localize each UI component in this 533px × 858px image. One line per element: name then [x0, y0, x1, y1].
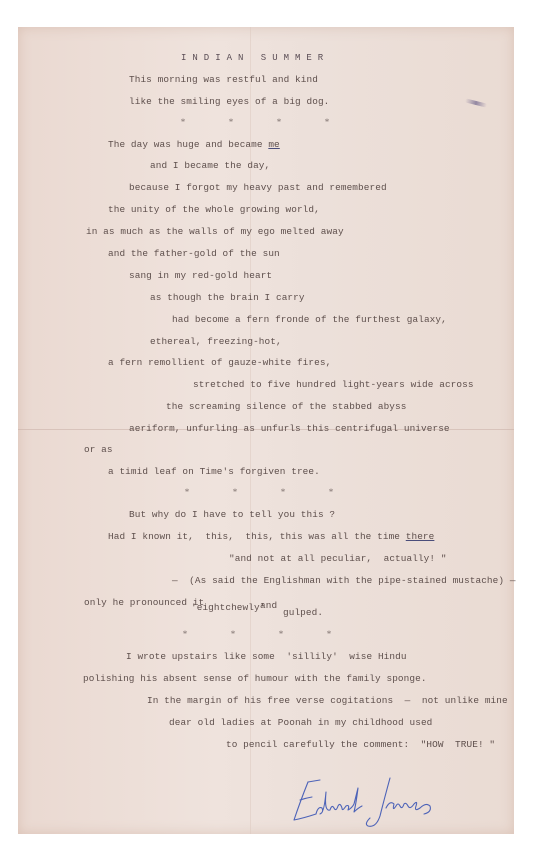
poem-line: had become a fern fronde of the furthest…	[172, 314, 447, 325]
poem-line: But why do I have to tell you this ?	[129, 509, 335, 520]
poem-line: and the father-gold of the sun	[108, 248, 280, 259]
poem-line: or as	[84, 444, 113, 455]
poem-line: The day was huge and became me	[108, 139, 280, 150]
poem-line: "and not at all peculiar, actually! "	[229, 553, 447, 564]
ink-smudge	[465, 98, 487, 107]
poem-line: the unity of the whole growing world,	[108, 204, 320, 215]
section-separator: ****	[161, 629, 353, 639]
poem-line: This morning was restful and kind	[129, 74, 318, 85]
poem-line: sang in my red-gold heart	[129, 270, 272, 281]
poem-line: Had I known it, this, this, this was all…	[108, 531, 434, 542]
poem-line: and	[260, 600, 277, 611]
poem-line: as though the brain I carry	[150, 292, 305, 303]
poem-line: 'eightchewly'	[191, 602, 265, 613]
poem-title: INDIAN SUMMER	[181, 53, 329, 63]
underlined-word: me	[268, 139, 279, 150]
poem-line: In the margin of his free verse cogitati…	[147, 695, 508, 706]
poem-line: ethereal, freezing-hot,	[150, 336, 282, 347]
signature-scribble-icon	[280, 772, 450, 832]
poem-line: gulped.	[283, 607, 323, 618]
section-separator: ****	[159, 117, 351, 127]
poem-line: polishing his absent sense of humour wit…	[83, 673, 427, 684]
underlined-word: there	[406, 531, 435, 542]
poem-line: and I became the day,	[150, 160, 270, 171]
section-separator: ****	[163, 487, 355, 497]
poem-line: — (As said the Englishman with the pipe-…	[172, 575, 516, 586]
poem-line: only he pronounced it	[84, 597, 204, 608]
poem-line: like the smiling eyes of a big dog.	[129, 96, 329, 107]
poem-line: in as much as the walls of my ego melted…	[86, 226, 344, 237]
poem-line: a timid leaf on Time's forgiven tree.	[108, 466, 320, 477]
poem-line: stretched to five hundred light-years wi…	[193, 379, 474, 390]
poem-line: because I forgot my heavy past and remem…	[129, 182, 387, 193]
signature	[280, 772, 450, 832]
poem-line: dear old ladies at Poonah in my childhoo…	[169, 717, 432, 728]
poem-line: aeriform, unfurling as unfurls this cent…	[129, 423, 450, 434]
poem-line: I wrote upstairs like some 'sillily' wis…	[126, 651, 407, 662]
poem-line: to pencil carefully the comment: "HOW TR…	[226, 739, 495, 750]
poem-line: the screaming silence of the stabbed aby…	[166, 401, 407, 412]
poem-line: a fern remollient of gauze-white fires,	[108, 357, 331, 368]
